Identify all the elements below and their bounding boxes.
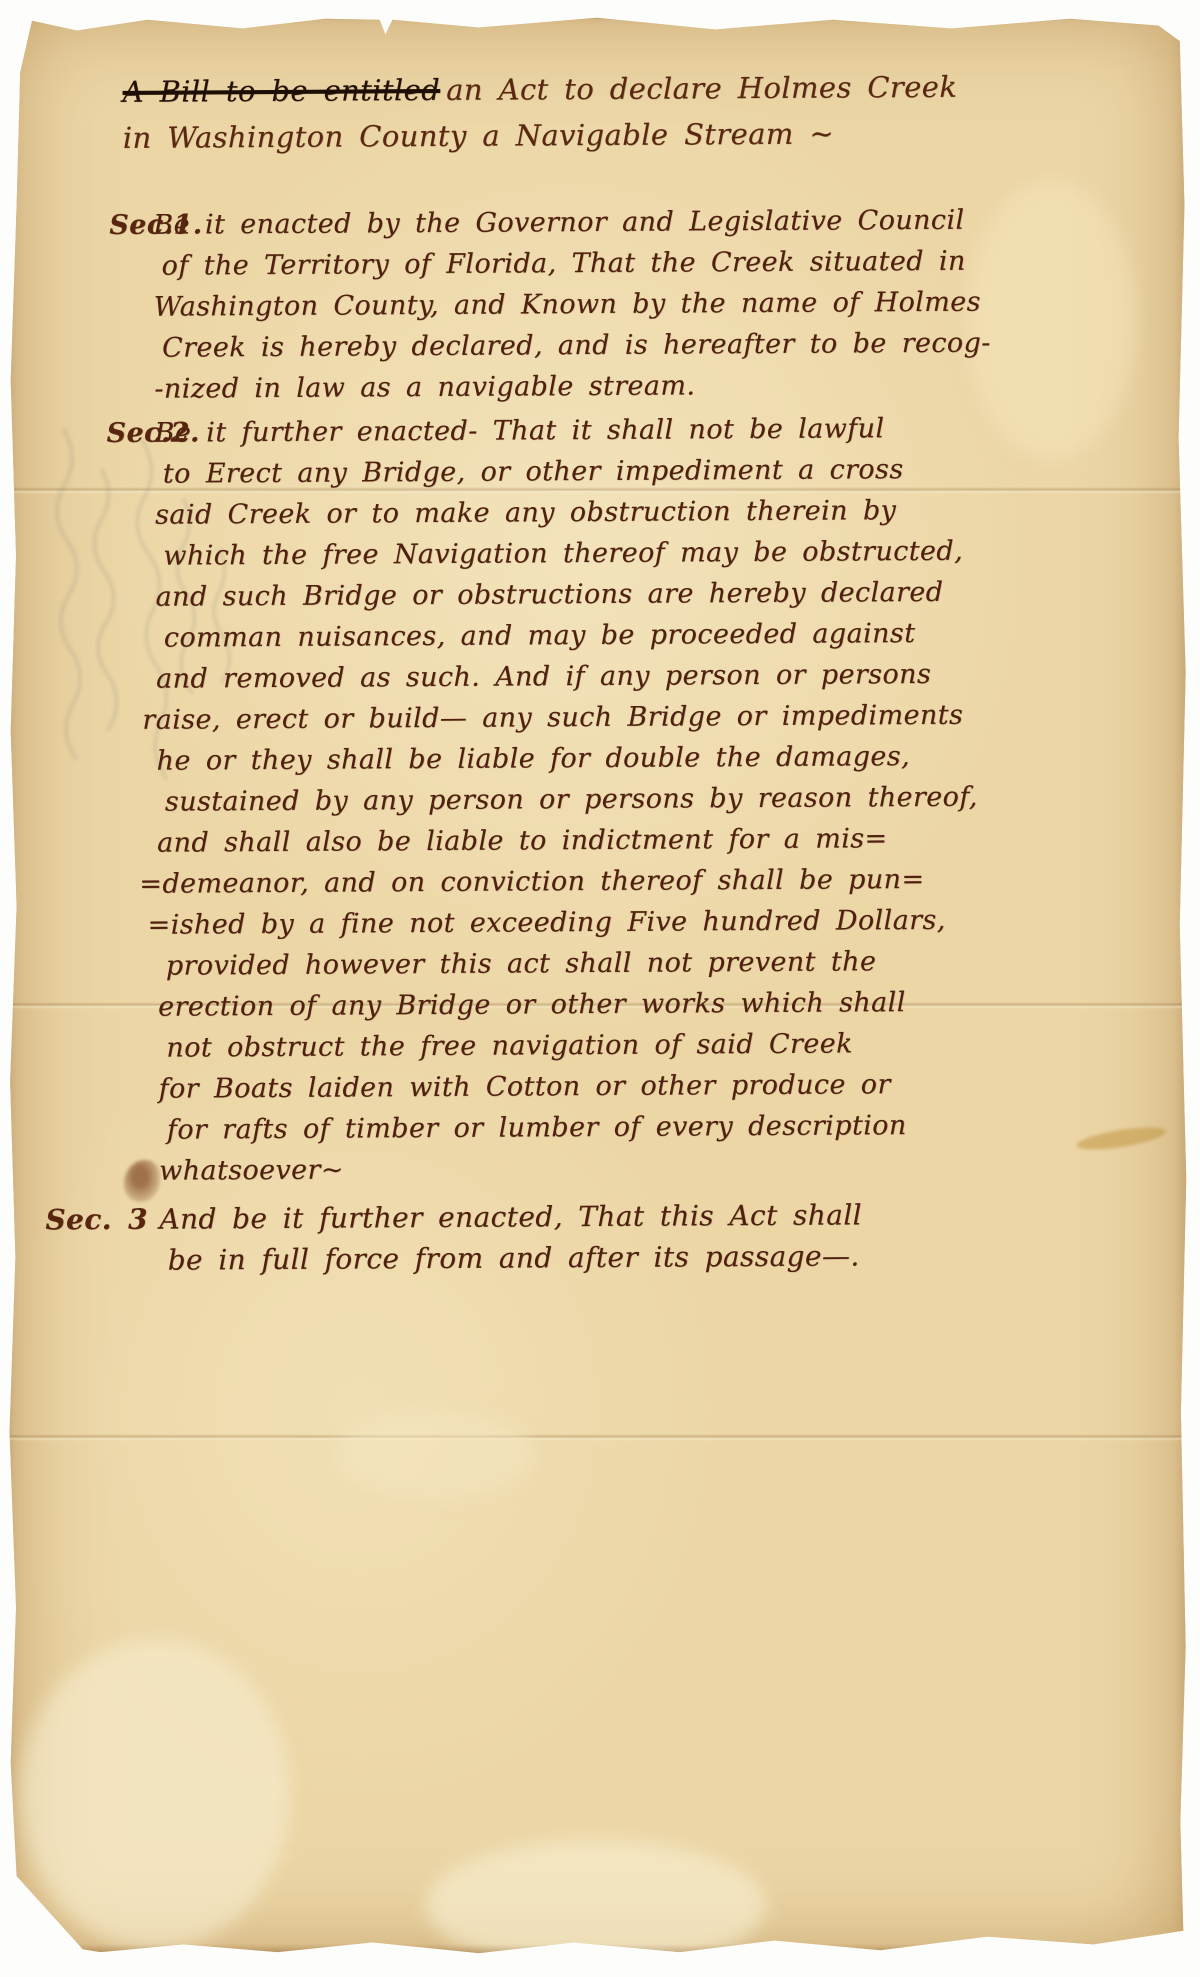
text-line: Washington County, and Known by the name… [154, 281, 1034, 327]
text-line: raise, erect or build— any such Bridge o… [142, 694, 1036, 740]
section-3-label: Sec. 3 [45, 1199, 148, 1241]
text-line: which the free Navigation thereof may be… [163, 530, 1035, 576]
section-1: Sec.1. Be it enacted by the Governor and… [153, 199, 1034, 409]
text-line: =demeanor, and on conviction thereof sha… [139, 858, 1037, 904]
text-line: be in full force from and after its pass… [168, 1234, 1040, 1280]
title-line-1-text: an Act to declare Holmes Creek [446, 70, 957, 107]
section-2: Sec.2. Be it further enacted- That it sh… [155, 407, 1040, 1191]
text-line: Be it further enacted- That it shall not… [155, 407, 1035, 453]
text-line: erection of any Bridge or other works wh… [158, 981, 1038, 1027]
text-line: he or they shall be liable for double th… [157, 735, 1037, 781]
text-line: for rafts of timber or lumber of every d… [167, 1104, 1039, 1150]
text-line: and such Bridge or obstructions are here… [156, 571, 1036, 617]
text-line: sustained by any person or persons by re… [165, 776, 1037, 822]
document-title: A Bill to be entitledan Act to declare H… [122, 63, 1063, 161]
section-1-label: Sec.1. [109, 204, 202, 246]
scanned-manuscript-page: A Bill to be entitledan Act to declare H… [0, 0, 1200, 1977]
title-line-1: A Bill to be entitledan Act to declare H… [122, 63, 1062, 115]
text-line: said Creek or to make any obstruction th… [155, 489, 1035, 535]
text-line: =ished by a fine not exceeding Five hund… [148, 899, 1038, 945]
text-line: whatsoever~ [159, 1145, 1039, 1191]
text-line: to Erect any Bridge, or other impediment… [163, 448, 1035, 494]
struck-out-text: A Bill to be entitled [122, 73, 446, 109]
text-line: provided however this act shall not prev… [166, 940, 1038, 986]
handwritten-text-layer: A Bill to be entitledan Act to declare H… [0, 6, 1194, 1961]
text-line: and shall also be liable to indictment f… [157, 817, 1037, 863]
section-2-label: Sec.2. [107, 412, 200, 454]
text-line: -nized in law as a navigable stream. [154, 363, 1034, 409]
text-line: not obstruct the free navigation of said… [166, 1022, 1038, 1068]
title-line-2: in Washington County a Navigable Stream … [123, 109, 1063, 161]
aged-paper-sheet: A Bill to be entitledan Act to declare H… [6, 10, 1188, 1958]
text-line: and removed as such. And if any person o… [156, 653, 1036, 699]
text-line: Creek is hereby declared, and is hereaft… [162, 322, 1034, 368]
text-line: of the Territory of Florida, That the Cr… [161, 240, 1033, 286]
text-line: comman nuisances, and may be proceeded a… [164, 612, 1036, 658]
text-line: for Boats laiden with Cotton or other pr… [159, 1063, 1039, 1109]
text-line: Be it enacted by the Governor and Legisl… [153, 199, 1033, 245]
text-line: And be it further enacted, That this Act… [159, 1193, 1039, 1239]
section-3: Sec. 3 And be it further enacted, That t… [159, 1193, 1039, 1280]
